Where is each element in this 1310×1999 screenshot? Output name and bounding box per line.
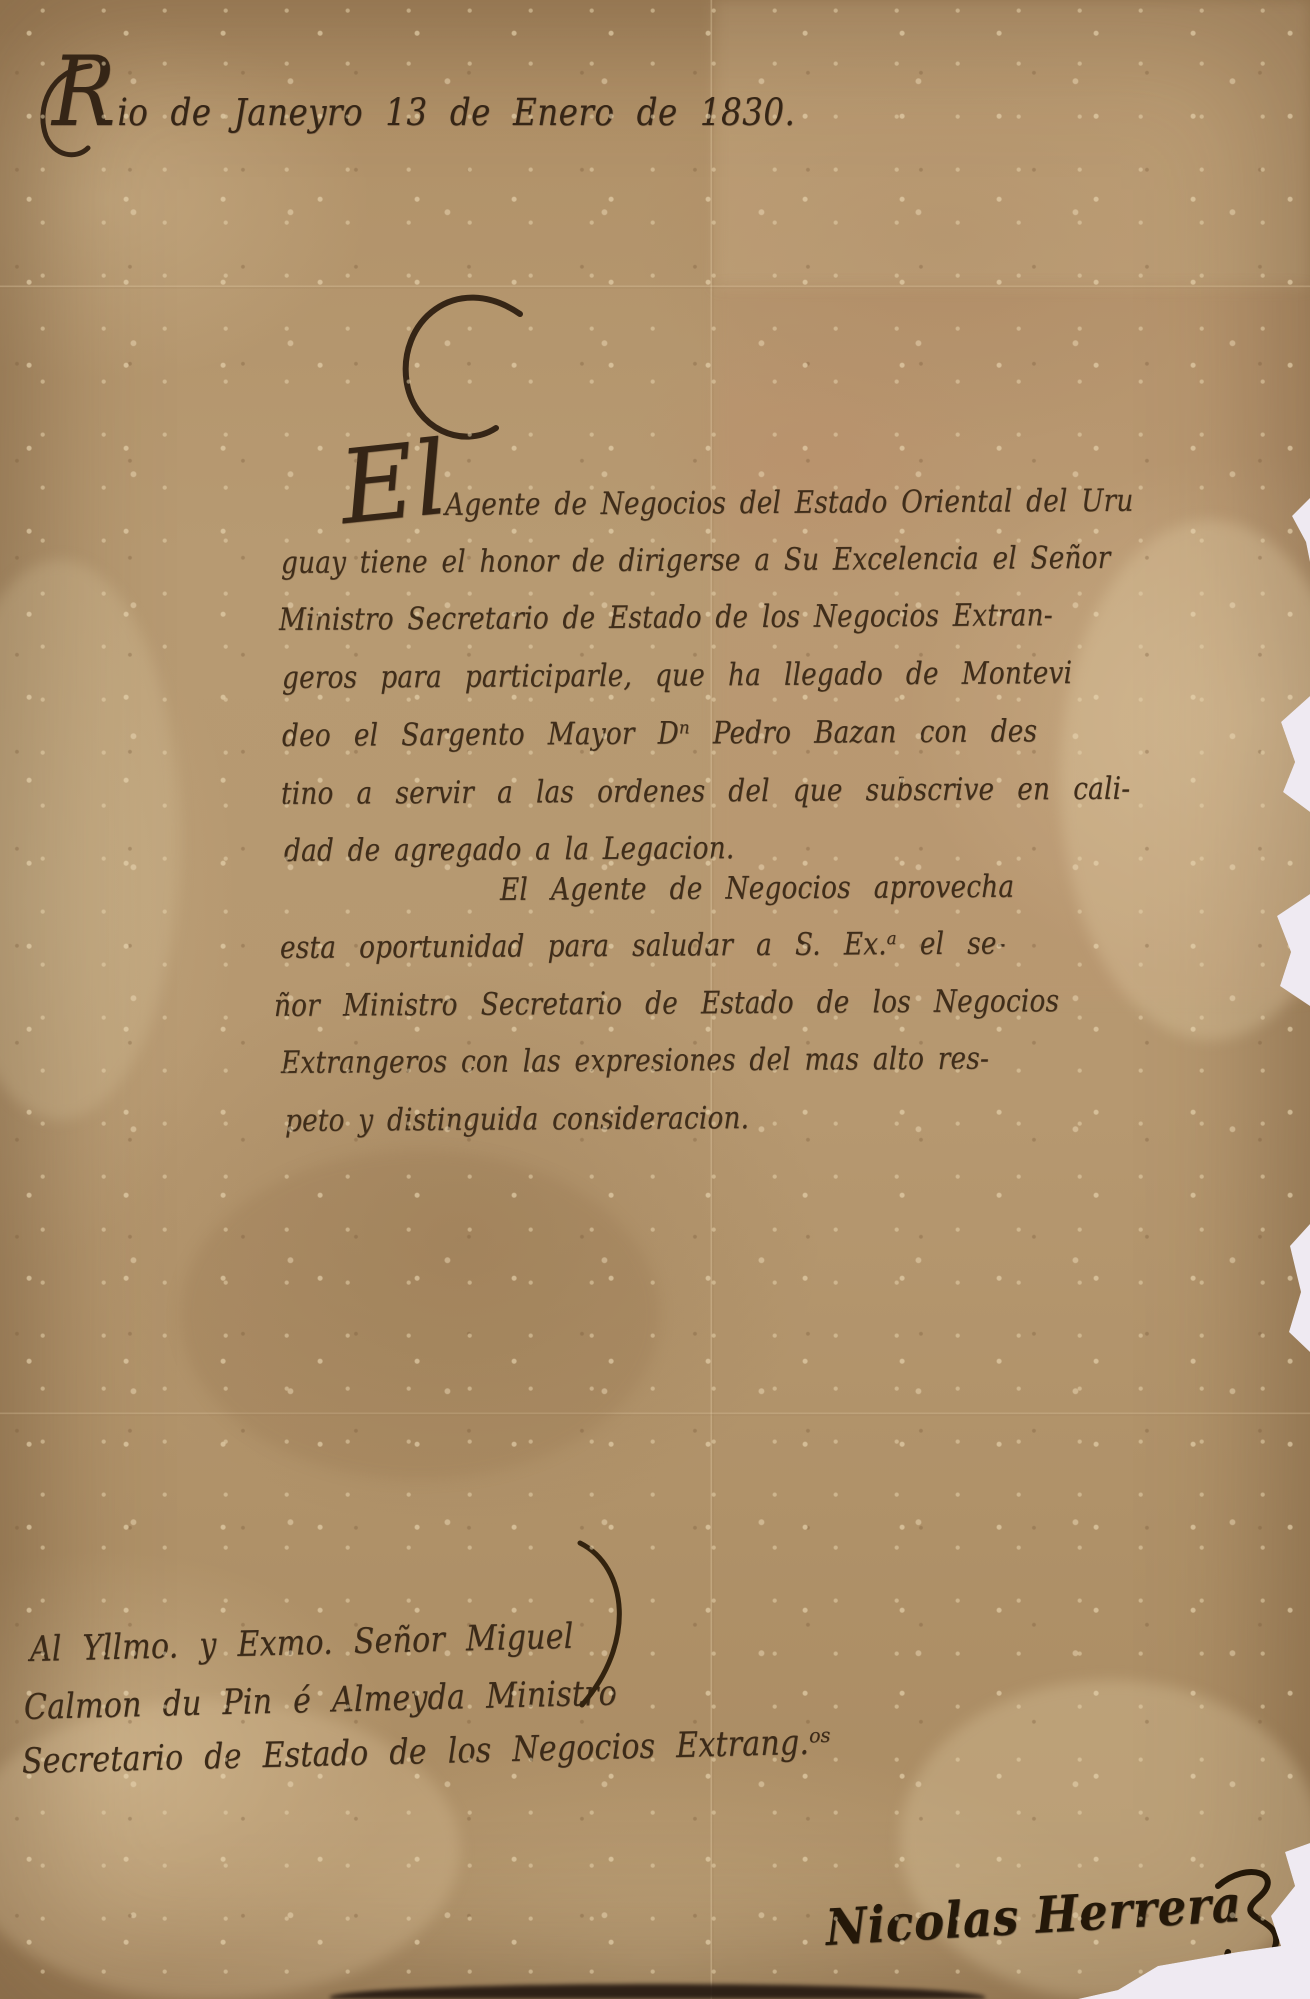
letter-page: R io de Janeyro 13 de Enero de 1830. El …	[0, 0, 1310, 1999]
body-line: ñor Ministro Secretario de Estado de los…	[274, 983, 1059, 1024]
body-line: tino a servir a las ordenes del que subs…	[281, 771, 1130, 812]
body-line: deo el Sargento Mayor Dⁿ Pedro Bazan con…	[282, 713, 1037, 754]
body-line: El Agente de Negocios aprovecha	[500, 869, 1014, 908]
body-line: Agente de Negocios del Estado Oriental d…	[445, 483, 1134, 523]
body-line: Extrangeros con las expresiones del mas …	[281, 1041, 989, 1081]
address-line: Secretario de Estado de los Negocios Ext…	[22, 1722, 832, 1782]
fold-crease-horizontal-top	[0, 285, 1310, 289]
dateline-text: io de Janeyro 13 de Enero de 1830.	[117, 91, 795, 134]
dateline-initial: R	[52, 44, 116, 140]
dateline: R io de Janeyro 13 de Enero de 1830.	[52, 44, 795, 140]
body-line: dad de agregado a la Legacion.	[284, 830, 735, 869]
body-line: Ministro Secretario de Estado de los Neg…	[279, 597, 1053, 638]
stain	[0, 560, 180, 1120]
stain	[180, 1150, 660, 1480]
address-line: Calmon du Pin é Almeyda Ministro	[24, 1674, 618, 1728]
body-line: esta oportunidad para saludar a S. Ex.ᵃ …	[280, 926, 1006, 966]
fold-crease-horizontal-bottom	[0, 1412, 1310, 1416]
scanned-letter-canvas: R io de Janeyro 13 de Enero de 1830. El …	[0, 0, 1310, 1999]
body-line: geros para participarle, que ha llegado …	[282, 655, 1072, 696]
signature-name: Nicolas Herrera	[824, 1874, 1243, 1957]
address-line: Al Yllmo. y Exmo. Señor Miguel	[30, 1617, 574, 1670]
stain	[900, 1680, 1310, 1999]
body-line: peto y distinguida consideracion.	[285, 1100, 749, 1139]
drop-cap: El	[334, 419, 453, 549]
page-bottom-shadow	[330, 1984, 985, 1999]
stain	[715, 0, 1310, 287]
body-line: guay tiene el honor de dirigerse a Su Ex…	[281, 540, 1111, 581]
